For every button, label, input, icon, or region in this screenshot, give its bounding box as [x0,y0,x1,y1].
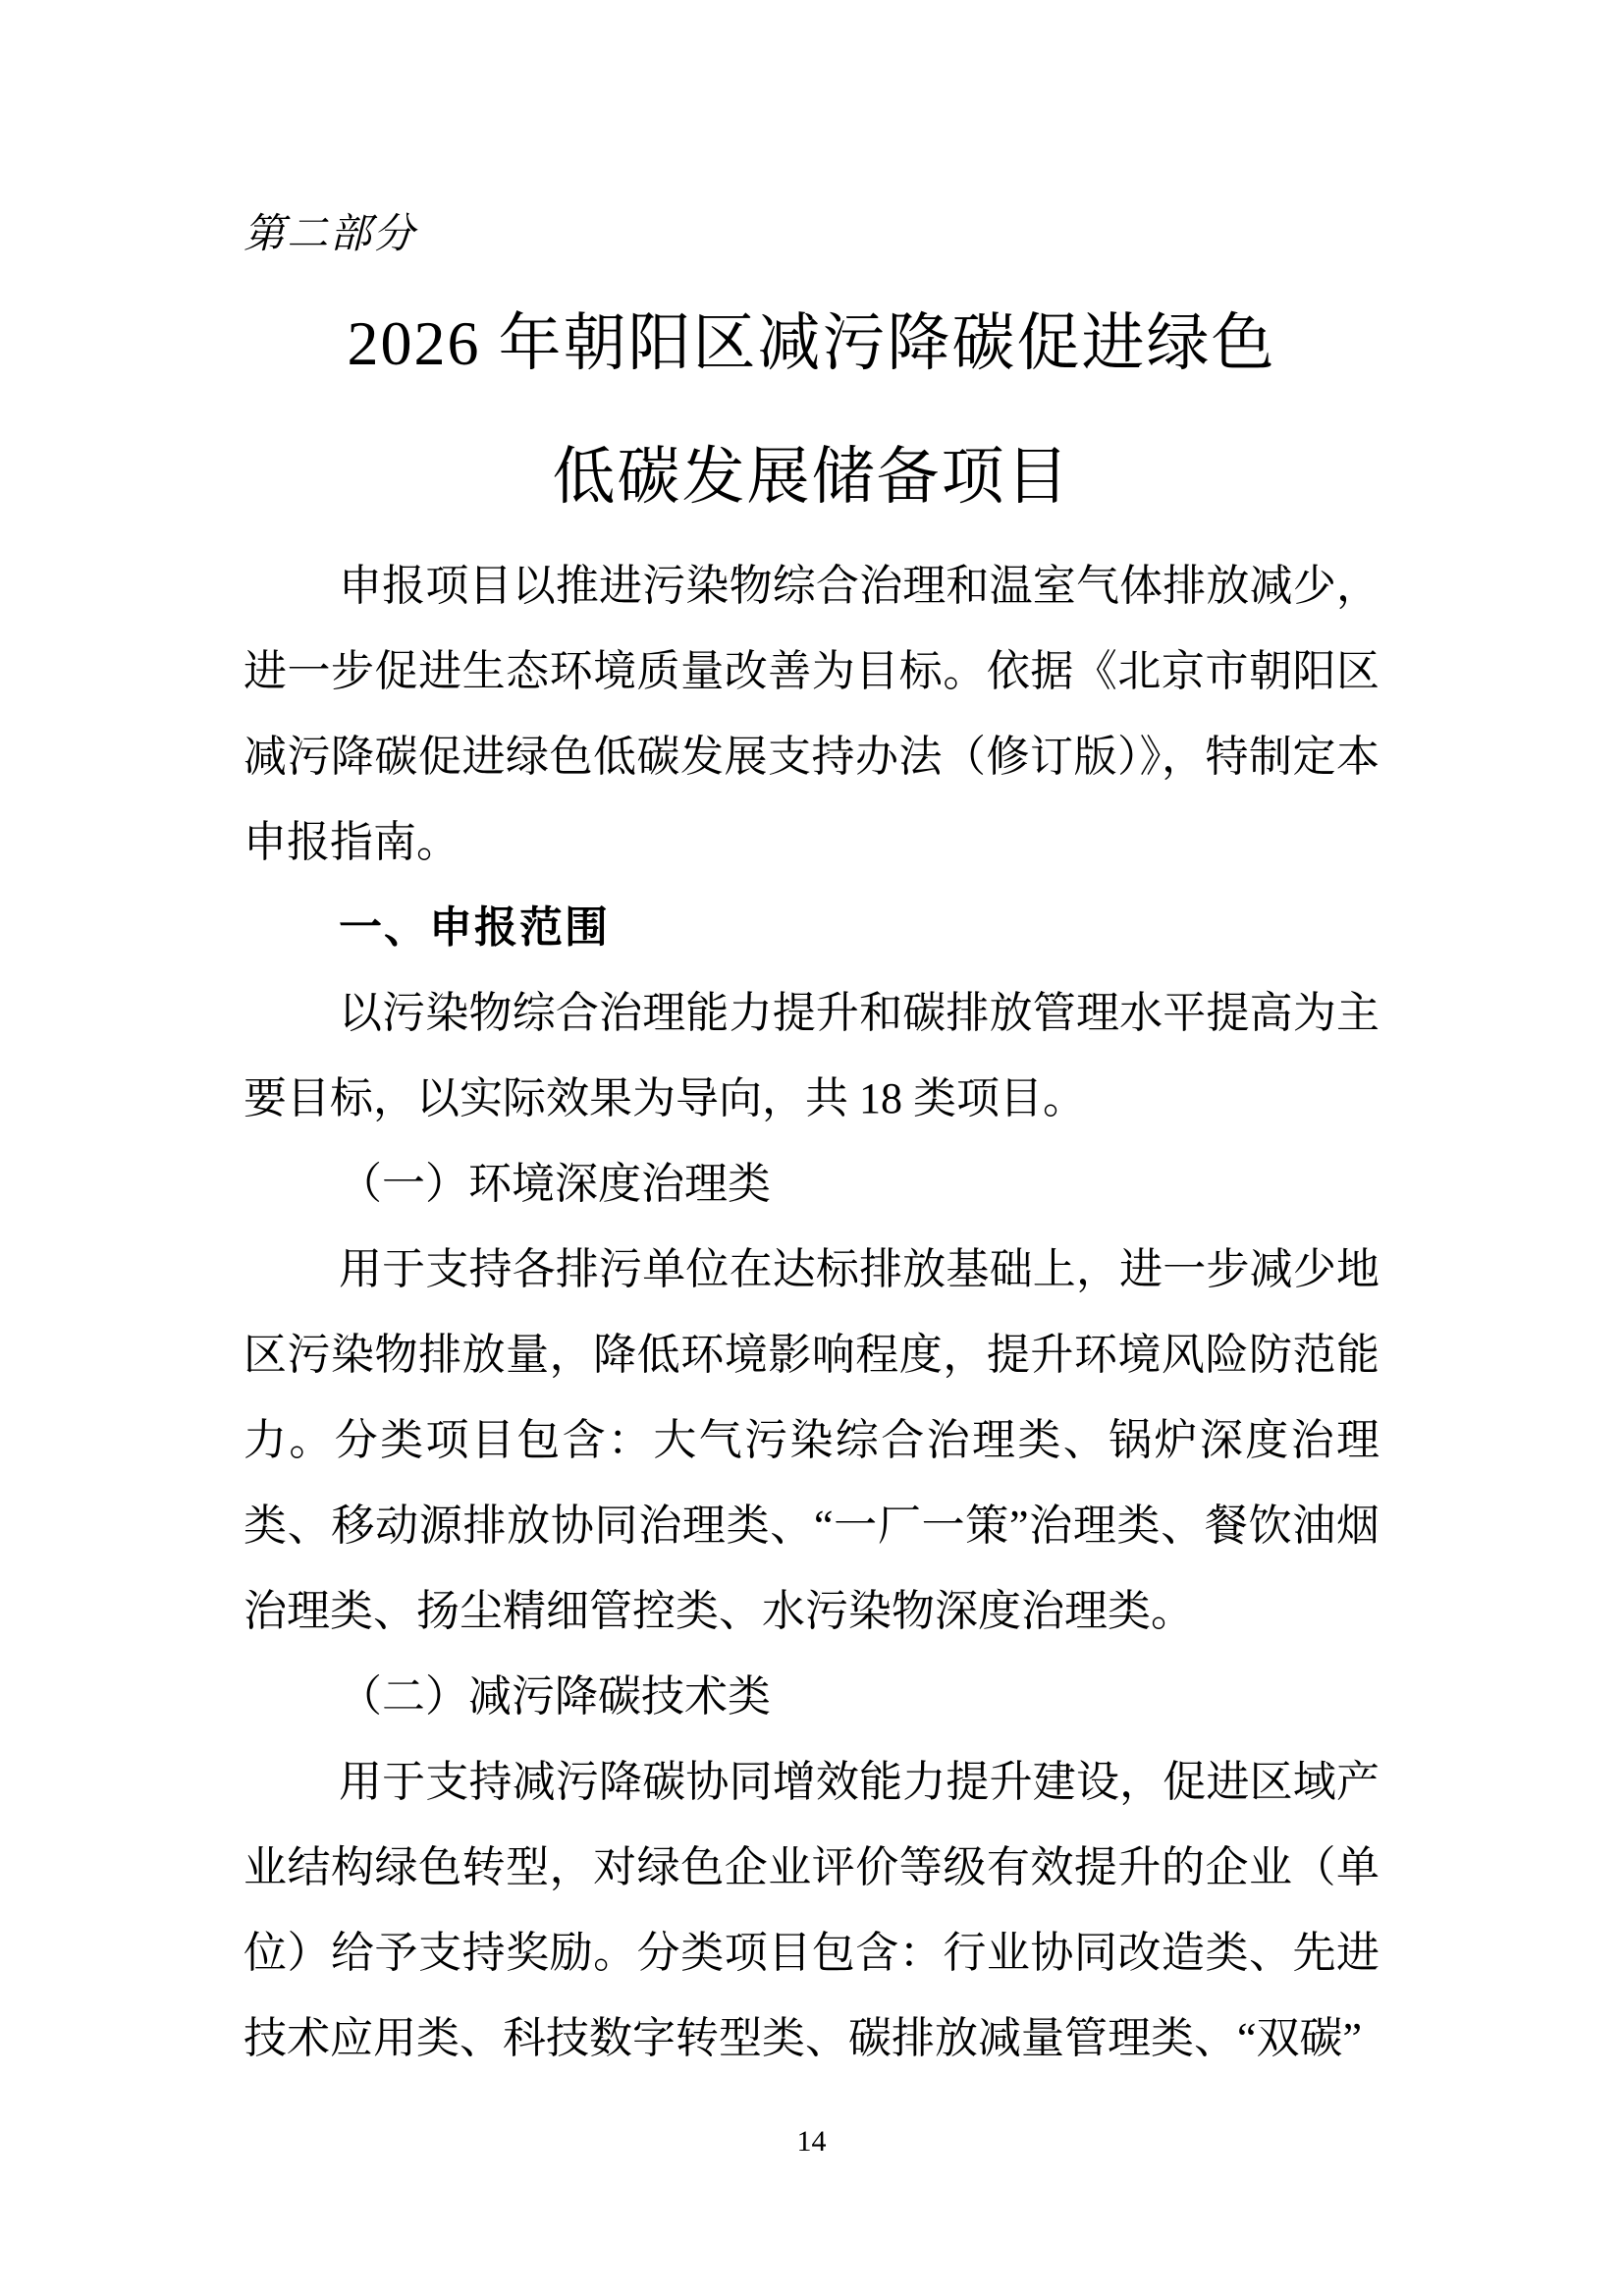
section-1-heading: 一、申报范围 [243,885,1380,970]
subsection-1-heading: （一）环境深度治理类 [243,1141,1380,1227]
document-body: 申报项目以推进污染物综合治理和温室气体排放减少，进一步促进生态环境质量改善为目标… [243,543,1380,2081]
page-number: 14 [0,2124,1623,2159]
document-title-line-1: 2026 年朝阳区减污降碳促进绿色 [243,277,1380,410]
intro-paragraph: 申报项目以推进污染物综合治理和温室气体排放减少，进一步促进生态环境质量改善为目标… [243,543,1380,885]
section-1-lead-paragraph: 以污染物综合治理能力提升和碳排放管理水平提高为主要目标，以实际效果为导向，共 1… [243,970,1380,1141]
subsection-1-body: 用于支持各排污单位在达标排放基础上，进一步减少地区污染物排放量，降低环境影响程度… [243,1227,1380,1654]
subsection-2-body: 用于支持减污降碳协同增效能力提升建设，促进区域产业结构绿色转型，对绿色企业评价等… [243,1739,1380,2081]
subsection-2-heading: （二）减污降碳技术类 [243,1654,1380,1739]
document-title: 2026 年朝阳区减污降碳促进绿色 低碳发展储备项目 [243,277,1380,544]
document-title-line-2: 低碳发展储备项目 [243,410,1380,544]
document-page: 第二部分 2026 年朝阳区减污降碳促进绿色 低碳发展储备项目 申报项目以推进污… [0,0,1623,2296]
part-label: 第二部分 [243,210,416,259]
